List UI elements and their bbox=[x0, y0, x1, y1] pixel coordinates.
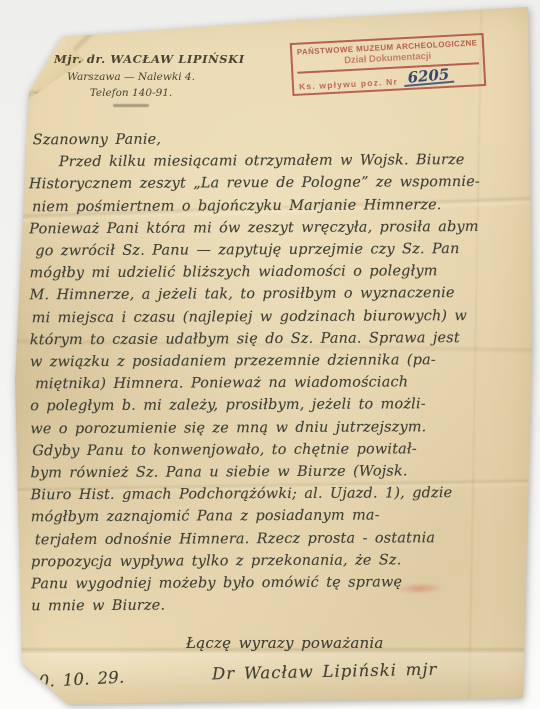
letterhead-phone: Telefon 140-91. bbox=[54, 87, 208, 99]
archive-stamp: PAŃSTWOWE MUZEUM ARCHEOLOGICZNE Dział Do… bbox=[290, 33, 487, 96]
date: 20. 10. 29. bbox=[28, 667, 125, 691]
letter-body: Szanowny Panie, Przed kilku miesiącami o… bbox=[29, 127, 532, 618]
body-line: miętnika) Himnera. Ponieważ na wiadomośc… bbox=[35, 371, 530, 396]
body-line: Biuro Hist. gmach Podchorążówki; al. Uja… bbox=[31, 482, 531, 507]
body-line: we o porozumienie się ze mną w dniu jutr… bbox=[30, 415, 530, 440]
scanned-letter: Mjr. dr. WACŁAW LIPIŃSKI Warszawa — Nale… bbox=[0, 0, 540, 709]
body-line: Gdyby Panu to konwenjowało, to chętnie p… bbox=[32, 438, 530, 463]
red-ink-dot bbox=[19, 155, 24, 160]
archive-stamp-box: PAŃSTWOWE MUZEUM ARCHEOLOGICZNE Dział Do… bbox=[290, 33, 487, 96]
body-line: u mnie w Biurze. bbox=[31, 593, 531, 618]
body-line: terjałem odnośnie Himnera. Rzecz prosta … bbox=[35, 526, 531, 551]
body-line: go zwrócił Sz. Panu — zapytuję uprzejmie… bbox=[35, 238, 529, 263]
body-line: Historycznem zeszyt „La revue de Pologne… bbox=[29, 171, 529, 196]
closing-phrase: Łączę wyrazy poważania bbox=[186, 634, 384, 652]
body-line: o poległym b. mi zależy, prosiłbym, jeże… bbox=[30, 393, 530, 418]
letter-paper: Mjr. dr. WACŁAW LIPIŃSKI Warszawa — Nale… bbox=[0, 0, 540, 709]
body-line: w związku z posiadaniem przezemnie dzien… bbox=[30, 349, 530, 374]
body-line: propozycja wypływa tylko z przekonania, … bbox=[31, 549, 531, 574]
body-line: mi miejsca i czasu (najlepiej w godzinac… bbox=[32, 304, 530, 329]
body-line: Przed kilku miesiącami otrzymałem w Wojs… bbox=[59, 149, 529, 174]
letterhead-underline bbox=[113, 104, 149, 107]
red-pencil-mark bbox=[396, 582, 444, 595]
stamp-entry-label: Ks. wpływu poz. Nr bbox=[299, 77, 398, 92]
body-line: mógłby mi udzielić bliższych wiadomości … bbox=[29, 260, 529, 285]
stamp-entry-number: 6205 bbox=[403, 68, 454, 87]
body-line: mógłbym zaznajomić Pana z posiadanym ma- bbox=[31, 504, 531, 529]
body-line: Panu wygodniej możeby było omówić tę spr… bbox=[31, 571, 531, 596]
body-line: M. Himnerze, a jeżeli tak, to prosiłbym … bbox=[30, 282, 530, 307]
body-line: Ponieważ Pani która mi ów zeszyt wręczył… bbox=[29, 216, 529, 241]
salutation: Szanowny Panie, bbox=[33, 127, 529, 152]
body-line: którym to czasie udałbym się do Sz. Pana… bbox=[30, 327, 530, 352]
signature: Dr Wacław Lipiński mjr bbox=[212, 660, 438, 684]
body-line: bym również Sz. Pana u siebie w Biurze (… bbox=[30, 460, 530, 485]
letterhead: Mjr. dr. WACŁAW LIPIŃSKI Warszawa — Nale… bbox=[54, 52, 208, 107]
letterhead-name: Mjr. dr. WACŁAW LIPIŃSKI bbox=[54, 52, 208, 66]
letterhead-address: Warszawa — Nalewki 4. bbox=[54, 71, 208, 83]
body-line: niem pośmiertnem o bajończyku Marjanie H… bbox=[32, 193, 529, 218]
